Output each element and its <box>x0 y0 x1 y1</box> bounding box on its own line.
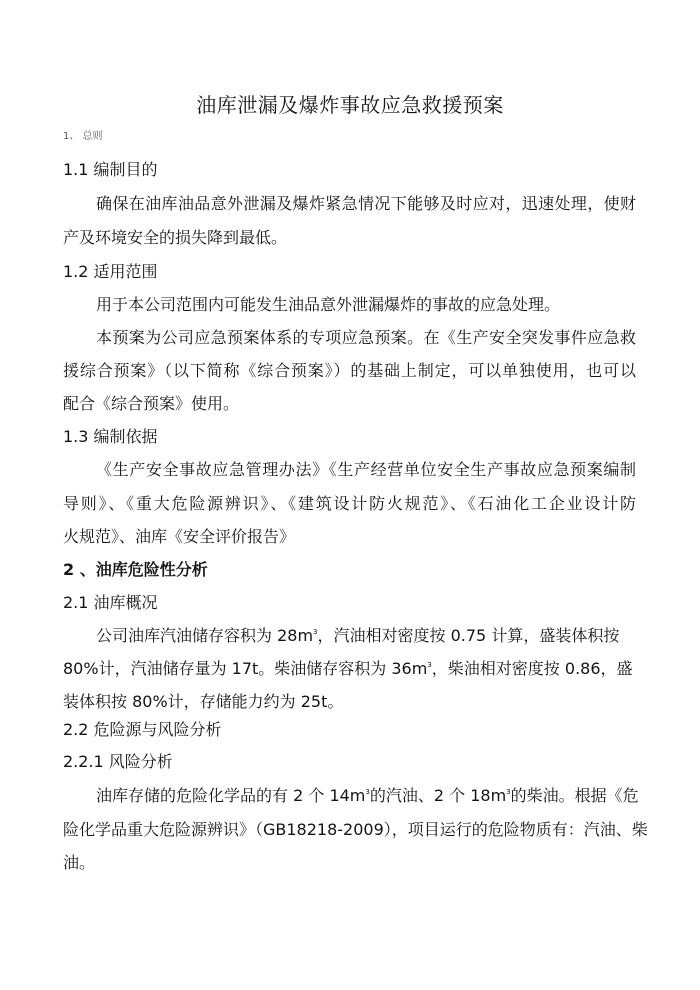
paragraph-line: 公司油库汽油储存容积为 28m3，汽油相对密度按 0.75 计算，盛装体积按 <box>96 626 636 646</box>
paragraph-line: 援综合预案》（以下简称《综合预案》）的基础上制定，可以单独使用，也可以 <box>63 361 636 381</box>
text-run: 的柴油。根据《危 <box>511 786 639 805</box>
section-2-1-heading: 2.1 油库概况 <box>63 593 158 613</box>
paragraph-line: 导则》、《重大危险源辨识》、《建筑设计防火规范》、《石油化工企业设计防 <box>63 494 636 514</box>
section-2-2-1-heading: 2.2.1 风险分析 <box>63 752 173 772</box>
section-1-2-heading: 1.2 适用范围 <box>63 262 158 282</box>
paragraph-line: 火规范》、油库《安全评价报告》 <box>63 527 295 547</box>
section-1-1-heading: 1.1 编制目的 <box>63 160 158 180</box>
text-run: 公司油库汽油储存容积为 28m <box>96 626 313 645</box>
paragraph-line: 险化学品重大危险源辨识》（GB18218-2009），项目运行的危险物质有：汽油… <box>63 820 648 840</box>
paragraph-line: 用于本公司范围内可能发生油品意外泄漏爆炸的事故的应急处理。 <box>96 295 560 315</box>
paragraph-line: 本预案为公司应急预案体系的专项应急预案。在《生产安全突发事件应急救 <box>96 328 636 348</box>
paragraph-line: 《生产安全事故应急管理办法》《生产经营单位安全生产事故应急预案编制 <box>96 460 636 480</box>
paragraph-line: 油。 <box>63 853 95 873</box>
text-run: 的汽油、2 个 18m <box>370 786 506 805</box>
section-1-3-heading: 1.3 编制依据 <box>63 427 158 447</box>
paragraph-line: 80%计，汽油储存量为 17t。柴油储存容积为 36m3，柴油相对密度按 0.8… <box>63 659 633 679</box>
section-1-heading: 1、 总则 <box>63 130 103 144</box>
paragraph-line: 产及环境安全的损失降到最低。 <box>63 228 287 248</box>
paragraph-line: 配合《综合预案》使用。 <box>63 394 239 414</box>
paragraph-line: 油库存储的危险化学品的有 2 个 14m3的汽油、2 个 18m3的柴油。根据《… <box>96 786 639 806</box>
paragraph-line: 装体积按 80%计，存储能力约为 25t。 <box>63 692 343 712</box>
text-run: 油库存储的危险化学品的有 2 个 14m <box>96 786 365 805</box>
text-run: ，柴油相对密度按 0.86，盛 <box>432 659 633 678</box>
document-page: 油库泄漏及爆炸事故应急救援预案 1、 总则 1.1 编制目的 确保在油库油品意外… <box>0 0 700 990</box>
paragraph-line: 确保在油库油品意外泄漏及爆炸紧急情况下能够及时应对，迅速处理，使财 <box>96 194 636 214</box>
text-run: 80%计，汽油储存量为 17t。柴油储存容积为 36m <box>63 659 427 678</box>
text-run: ，汽油相对密度按 0.75 计算，盛装体积按 <box>318 626 620 645</box>
section-2-heading: 2 、油库危险性分析 <box>63 560 208 580</box>
document-title: 油库泄漏及爆炸事故应急救援预案 <box>0 92 700 118</box>
section-2-2-heading: 2.2 危险源与风险分析 <box>63 720 222 740</box>
